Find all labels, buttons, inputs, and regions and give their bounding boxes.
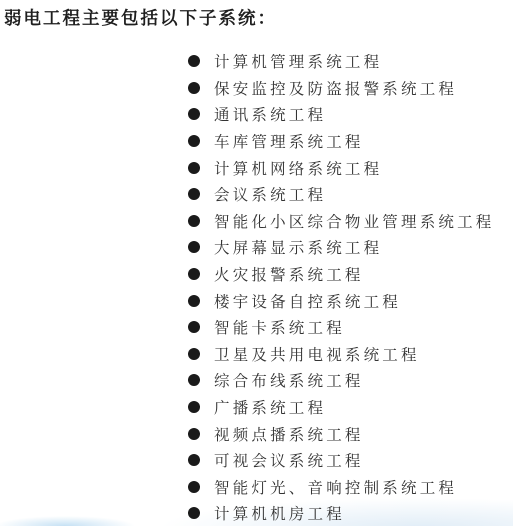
list-item: 卫星及共用电视系统工程 xyxy=(188,341,495,368)
list-item-label: 大屏幕显示系统工程 xyxy=(214,236,382,258)
list-item-label: 楼宇设备自控系统工程 xyxy=(214,290,401,312)
list-item-label: 通讯系统工程 xyxy=(214,103,326,125)
list-item: 智能灯光、音响控制系统工程 xyxy=(188,474,495,501)
list-item: 综合布线系统工程 xyxy=(188,367,495,394)
bullet-dot-icon xyxy=(188,162,200,174)
list-item-label: 火灾报警系统工程 xyxy=(214,263,364,285)
list-item: 保安监控及防盗报警系统工程 xyxy=(188,75,495,102)
list-item-label: 保安监控及防盗报警系统工程 xyxy=(214,77,457,99)
list-item: 车库管理系统工程 xyxy=(188,128,495,155)
list-item: 可视会议系统工程 xyxy=(188,447,495,474)
bullet-dot-icon xyxy=(188,454,200,466)
list-item-label: 计算机管理系统工程 xyxy=(214,50,382,72)
bullet-dot-icon xyxy=(188,295,200,307)
bullet-dot-icon xyxy=(188,507,200,519)
subsystem-list: 计算机管理系统工程 保安监控及防盗报警系统工程 通讯系统工程 车库管理系统工程 … xyxy=(188,48,495,526)
list-item: 智能化小区综合物业管理系统工程 xyxy=(188,208,495,235)
list-item: 计算机管理系统工程 xyxy=(188,48,495,75)
bullet-dot-icon xyxy=(188,135,200,147)
list-item-label: 智能卡系统工程 xyxy=(214,316,345,338)
list-item-label: 卫星及共用电视系统工程 xyxy=(214,343,420,365)
bullet-dot-icon xyxy=(188,241,200,253)
list-item: 计算机机房工程 xyxy=(188,500,495,526)
list-item: 广播系统工程 xyxy=(188,394,495,421)
list-item: 会议系统工程 xyxy=(188,181,495,208)
bullet-dot-icon xyxy=(188,348,200,360)
bullet-dot-icon xyxy=(188,321,200,333)
list-item: 智能卡系统工程 xyxy=(188,314,495,341)
list-item: 视频点播系统工程 xyxy=(188,420,495,447)
bullet-dot-icon xyxy=(188,55,200,67)
list-item-label: 智能化小区综合物业管理系统工程 xyxy=(214,210,495,232)
list-item-label: 计算机机房工程 xyxy=(214,502,345,524)
list-item: 计算机网络系统工程 xyxy=(188,154,495,181)
list-item-label: 会议系统工程 xyxy=(214,183,326,205)
bullet-dot-icon xyxy=(188,108,200,120)
list-item: 通讯系统工程 xyxy=(188,101,495,128)
list-item-label: 可视会议系统工程 xyxy=(214,449,364,471)
bullet-dot-icon xyxy=(188,481,200,493)
bullet-dot-icon xyxy=(188,215,200,227)
bullet-dot-icon xyxy=(188,268,200,280)
list-item-label: 广播系统工程 xyxy=(214,396,326,418)
list-item: 大屏幕显示系统工程 xyxy=(188,234,495,261)
page-heading: 弱电工程主要包括以下子系统： xyxy=(4,5,277,30)
list-item: 火灾报警系统工程 xyxy=(188,261,495,288)
bullet-dot-icon xyxy=(188,428,200,440)
list-item-label: 综合布线系统工程 xyxy=(214,369,364,391)
list-item: 楼宇设备自控系统工程 xyxy=(188,287,495,314)
list-item-label: 智能灯光、音响控制系统工程 xyxy=(214,476,457,498)
bullet-dot-icon xyxy=(188,188,200,200)
list-item-label: 视频点播系统工程 xyxy=(214,423,364,445)
bullet-dot-icon xyxy=(188,82,200,94)
list-item-label: 计算机网络系统工程 xyxy=(214,157,382,179)
list-item-label: 车库管理系统工程 xyxy=(214,130,364,152)
bullet-dot-icon xyxy=(188,374,200,386)
bullet-dot-icon xyxy=(188,401,200,413)
